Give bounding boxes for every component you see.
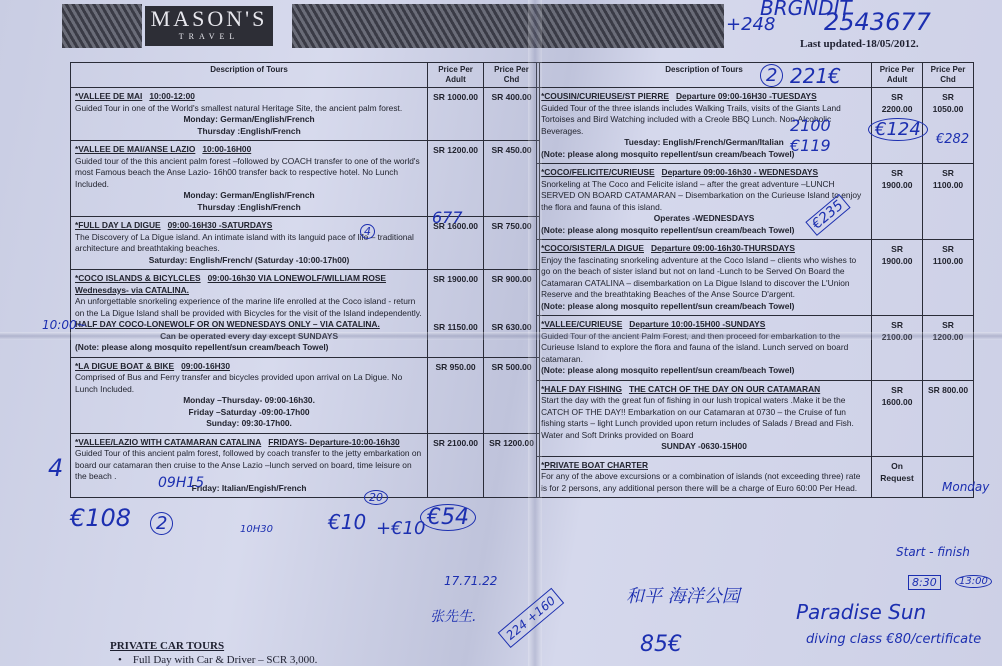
tour-row: *FULL DAY LA DIGUE 09:00-16H30 -SATURDAY… (71, 217, 540, 270)
tour-description: *HALF DAY FISHING THE CATCH OF THE DAY O… (537, 380, 872, 456)
hw-circled-20: 20 (364, 490, 388, 505)
hw-time-10: 10:00~ (42, 318, 87, 332)
hw-54-euro: €54 (420, 504, 476, 531)
tour-row: *VALLEE DE MAI/ANSE LAZIO 10:00-16H00Gui… (71, 141, 540, 217)
private-car-tours: PRIVATE CAR TOURS • Full Day with Car & … (110, 640, 224, 652)
logo-main: MASON'S (145, 6, 273, 32)
hw-221-euro: 221€ (790, 64, 841, 88)
tour-description: *VALLEE DE MAI/ANSE LAZIO 10:00-16H00Gui… (71, 141, 428, 217)
banner-image-left (62, 4, 142, 48)
tour-schedule: Thursday :English/French (75, 202, 423, 214)
price-adult: SR 1000.00 (428, 88, 484, 141)
price-adult: SR 1900.00SR 1150.00 (428, 270, 484, 358)
tour-name: *PRIVATE BOAT CHARTER (541, 460, 648, 470)
tour-name: *COUSIN/CURIEUSE/ST PIERRE (541, 91, 669, 101)
col-description: Description of Tours (71, 63, 428, 88)
hw-10-euro-a: €10 (328, 510, 366, 534)
price-child: SR 800.00 (923, 380, 974, 456)
tour-schedule: Monday: German/English/French (75, 114, 423, 126)
hw-1300: 13:00 (955, 575, 992, 588)
tour-schedule: SUNDAY -0630-15H00 (541, 441, 867, 453)
hw-date-1772: 17.71.22 (444, 574, 497, 588)
tour-description: *VALLEE/CURIEUSE Departure 10:00-15H00 -… (537, 316, 872, 381)
tour-text: Guided Tour in one of the World's smalle… (75, 103, 423, 115)
hw-1030: 10H30 (240, 524, 273, 535)
tour-text: Comprised of Bus and Ferry transfer and … (75, 372, 423, 395)
tour-name: *COCO ISLANDS & BICYLCLES (75, 273, 201, 283)
tour-schedule: Saturday: English/French/ (Saturday -10:… (75, 255, 423, 267)
tour-price-sheet: MASON'S TRAVEL Last updated-18/05/2012. … (0, 0, 1002, 666)
col-child: Price Per Chd (923, 63, 974, 88)
hw-diving-class: diving class €80/certificate (806, 632, 981, 647)
col-adult: Price Per Adult (428, 63, 484, 88)
tour-time: THE CATCH OF THE DAY ON OUR CATAMARAN (629, 384, 820, 394)
tour-text: An unforgettable snorkeling experience o… (75, 296, 423, 319)
tour-row: *COCO/FELICITE/CURIEUSE Departure 09:00-… (537, 164, 974, 240)
price-adult: SR 2100.00 (872, 316, 923, 381)
tour-subtitle: Wednesdays- via CATALINA. (75, 285, 423, 297)
tour-row: *PRIVATE BOAT CHARTER For any of the abo… (537, 456, 974, 498)
tour-row: *VALLEE/CURIEUSE Departure 10:00-15H00 -… (537, 316, 974, 381)
hw-paradise-sun: Paradise Sun (796, 600, 926, 624)
hw-282-euro: €282 (936, 132, 969, 147)
tour-time: Departure 09:00-16h30-THURSDAYS (651, 243, 795, 253)
tour-row: *HALF DAY FISHING THE CATCH OF THE DAY O… (537, 380, 974, 456)
tour-text: Guided tour of the this ancient palm for… (75, 156, 423, 191)
price-child: SR 1100.00 (923, 240, 974, 316)
tour-schedule: Monday: German/English/French (75, 190, 423, 202)
hw-10-euro-b: +€10 (376, 518, 425, 539)
hw-119-euro: €119 (790, 136, 831, 155)
private-car-item-text: Full Day with Car & Driver – SCR 3,000. (133, 654, 318, 666)
tour-note: (Note: please along mosquito repellent/s… (541, 365, 867, 377)
tour-row: *COCO ISLANDS & BICYLCLES 09:00-16h30 VI… (71, 270, 540, 358)
hw-big-4: 4 (48, 454, 63, 482)
hw-124-euro: €124 (868, 118, 928, 141)
tour-name: *VALLEE DE MAI/ANSE LAZIO (75, 144, 195, 154)
price-adult: SR 2100.00 (428, 433, 484, 498)
price-adult: On Request (872, 456, 923, 498)
tour-note: (Note: please along mosquito repellent/s… (75, 342, 423, 354)
tour-name: *VALLEE/LAZIO WITH CATAMARAN CATALINA (75, 437, 261, 447)
paper-fold-horizontal (0, 332, 1002, 340)
tour-time: Departure 10:00-15H00 -SUNDAYS (629, 319, 765, 329)
hw-start-finish: Start - finish (896, 545, 970, 559)
price-adult: SR 1200.00 (428, 141, 484, 217)
hw-code: +248 (726, 14, 775, 35)
tour-description: *LA DIGUE BOAT & BIKE 09:00-16H30Compris… (71, 357, 428, 433)
tour-time: 10:00-16H00 (202, 144, 251, 154)
tour-schedule: Monday –Thursday- 09:00-16h30. (75, 395, 423, 407)
tour-name: *VALLEE DE MAI (75, 91, 142, 101)
tour-row: *COCO/SISTER/LA DIGUE Departure 09:00-16… (537, 240, 974, 316)
tour-description: *COCO/SISTER/LA DIGUE Departure 09:00-16… (537, 240, 872, 316)
price-adult: SR 950.00 (428, 357, 484, 433)
hw-chinese-name: 张先生. (430, 606, 476, 626)
hw-phone: 2543677 (824, 8, 931, 36)
tour-name: *VALLEE/CURIEUSE (541, 319, 622, 329)
hw-0915: 09H15 (158, 475, 204, 491)
tour-name: *FULL DAY LA DIGUE (75, 220, 161, 230)
tour-description: *COCO ISLANDS & BICYLCLES 09:00-16h30 VI… (71, 270, 428, 358)
hw-circled-4: 4 (360, 224, 375, 239)
hw-2100: 2100 (790, 116, 831, 135)
price-child: SR 1200.00 (923, 316, 974, 381)
last-updated: Last updated-18/05/2012. (800, 38, 919, 50)
tour-text: Guided Tour of this ancient palm forest,… (75, 448, 423, 483)
tour-time: 09:00-16H30 (181, 361, 230, 371)
tour-time: FRIDAYS- Departure-10:00-16h30 (268, 437, 399, 447)
tour-note: (Note: please along mosquito repellent/s… (541, 301, 867, 313)
tour-time: Departure 09:00-16H30 -TUESDAYS (676, 91, 817, 101)
price-adult: SR 1900.00 (872, 164, 923, 240)
tour-time: Departure 09:00-16h30 - WEDNESDAYS (662, 167, 819, 177)
hw-circled-2b: 2 (150, 512, 173, 535)
tour-schedule: Friday –Saturday -09:00-17h00 (75, 407, 423, 419)
masons-travel-logo: MASON'S TRAVEL (145, 6, 273, 46)
tour-name: *HALF DAY FISHING (541, 384, 622, 394)
tour-time: 09:00-16H30 -SATURDAYS (168, 220, 273, 230)
tour-text: Start the day with the great fun of fish… (541, 395, 867, 441)
tour-description: *PRIVATE BOAT CHARTER For any of the abo… (537, 456, 872, 498)
tour-name: *COCO/FELICITE/CURIEUSE (541, 167, 655, 177)
tour-time: 10:00-12:00 (149, 91, 195, 101)
tour-text: Snorkeling at The Coco and Felicite isla… (541, 179, 867, 214)
price-child: SR 1100.00 (923, 164, 974, 240)
tour-extra-title: HALF DAY COCO-LONEWOLF OR ON WEDNESDAYS … (75, 319, 423, 331)
private-car-item: • Full Day with Car & Driver – SCR 3,000… (118, 654, 317, 666)
tour-name: *COCO/SISTER/LA DIGUE (541, 243, 644, 253)
tour-description: *VALLEE/LAZIO WITH CATAMARAN CATALINA FR… (71, 433, 428, 498)
hw-108-euro: €108 (70, 504, 131, 532)
tour-description: *FULL DAY LA DIGUE 09:00-16H30 -SATURDAY… (71, 217, 428, 270)
tour-time: 09:00-16h30 VIA LONEWOLF/WILLIAM ROSE (208, 273, 386, 283)
tour-row: *VALLEE DE MAI 10:00-12:00Guided Tour in… (71, 88, 540, 141)
hw-chinese-park: 和平 海洋公园 (626, 582, 740, 608)
tour-description: *VALLEE DE MAI 10:00-12:00Guided Tour in… (71, 88, 428, 141)
banner-image-right (292, 4, 724, 48)
tour-schedule: Sunday: 09:30-17h00. (75, 418, 423, 430)
hw-677: 677 (432, 208, 463, 227)
tour-row: *VALLEE/LAZIO WITH CATAMARAN CATALINA FR… (71, 433, 540, 498)
price-child: SR 1050.00 (923, 88, 974, 164)
price-adult: SR 1900.00 (872, 240, 923, 316)
hw-830: 8:30 (908, 575, 941, 590)
tour-text: Enjoy the fascinating snorkeling adventu… (541, 255, 867, 301)
left-tours-table: Description of Tours Price Per Adult Pri… (70, 62, 540, 498)
tour-text: For any of the above excursions or a com… (541, 471, 867, 494)
hw-monday: Monday (942, 480, 989, 494)
private-car-heading: PRIVATE CAR TOURS (110, 640, 224, 652)
col-adult: Price Per Adult (872, 63, 923, 88)
tour-name: *LA DIGUE BOAT & BIKE (75, 361, 174, 371)
tour-row: *LA DIGUE BOAT & BIKE 09:00-16H30Compris… (71, 357, 540, 433)
logo-sub: TRAVEL (145, 32, 273, 42)
price-adult: SR 1600.00 (872, 380, 923, 456)
tour-schedule: Thursday :English/French (75, 126, 423, 138)
hw-85-euro: 85€ (640, 632, 682, 657)
